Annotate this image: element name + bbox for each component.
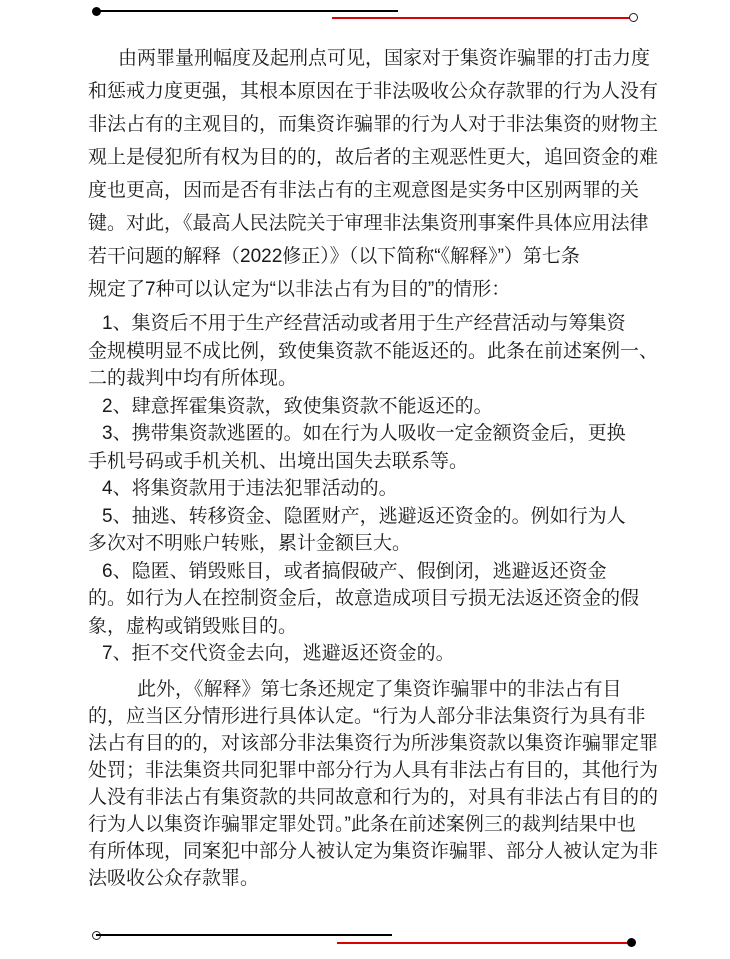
top-black-rule — [96, 10, 398, 12]
text-line: 由两罪量刑幅度及起刑点可见，国家对于集资诈骗罪的打击力度 — [88, 42, 658, 75]
text-line: 4、将集资款用于违法犯罪活动的。 — [88, 475, 658, 503]
text-line: 7、拒不交代资金去向，逃避返还资金的。 — [88, 640, 658, 668]
list-item-4: 4、将集资款用于违法犯罪活动的。 — [88, 475, 658, 503]
text-line: 多次对不明账户转账，累计金额巨大。 — [88, 530, 658, 558]
text-line: 键。对此，《最高人民法院关于审理非法集资刑事案件具体应用法律 — [88, 207, 658, 240]
text-line: 非法占有的主观目的，而集资诈骗罪的行为人对于非法集资的财物主 — [88, 108, 658, 141]
document-body: 由两罪量刑幅度及起刑点可见，国家对于集资诈骗罪的打击力度 和惩戒力度更强，其根本… — [88, 42, 658, 892]
text-line: 规定了7种可以认定为“以非法占有为目的”的情形： — [88, 273, 658, 306]
text-line: 手机号码或手机关机、出境出国失去联系等。 — [88, 448, 658, 476]
list-item-5: 5、抽逃、转移资金、隐匿财产，逃避返还资金的。例如行为人 多次对不明账户转账，累… — [88, 503, 658, 558]
text-line: 观上是侵犯所有权为目的的，故后者的主观恶性更大，追回资金的难 — [88, 141, 658, 174]
text-line: 2、肆意挥霍集资款，致使集资款不能返还的。 — [88, 393, 658, 421]
text-line: 二的裁判中均有所体现。 — [88, 365, 658, 393]
text-line: 金规模明显不成比例，致使集资款不能返还的。此条在前述案例一、 — [88, 338, 658, 366]
document-page: 由两罪量刑幅度及起刑点可见，国家对于集资诈骗罪的打击力度 和惩戒力度更强，其根本… — [0, 0, 730, 959]
bottom-red-rule — [337, 942, 629, 944]
text-line: 5、抽逃、转移资金、隐匿财产，逃避返还资金的。例如行为人 — [88, 503, 658, 531]
text-line: 行为人以集资诈骗罪定罪处罚。”此条在前述案例三的裁判结果中也 — [88, 811, 658, 838]
text-line: 人没有非法占有集资款的共同故意和行为的，对具有非法占有目的的 — [88, 784, 658, 811]
text-line: 和惩戒力度更强，其根本原因在于非法吸收公众存款罪的行为人没有 — [88, 75, 658, 108]
text-line: 的，应当区分情形进行具体认定。“行为人部分非法集资行为具有非 — [88, 703, 658, 730]
bottom-right-filled-dot — [627, 938, 636, 947]
top-right-open-circle — [629, 13, 638, 22]
text-line: 法占有目的的，对该部分非法集资行为所涉集资款以集资诈骗罪定罪 — [88, 730, 658, 757]
intro-paragraph: 由两罪量刑幅度及起刑点可见，国家对于集资诈骗罪的打击力度 和惩戒力度更强，其根本… — [88, 42, 658, 306]
text-line: 3、携带集资款逃匿的。如在行为人吸收一定金额资金后，更换 — [88, 420, 658, 448]
text-line: 有所体现，同案犯中部分人被认定为集资诈骗罪、部分人被认定为非 — [88, 838, 658, 865]
closing-paragraph: 此外，《解释》第七条还规定了集资诈骗罪中的非法占有目 的，应当区分情形进行具体认… — [88, 676, 658, 892]
text-line: 1、集资后不用于生产经营活动或者用于生产经营活动与筹集资 — [88, 310, 658, 338]
text-line: 度也更高，因而是否有非法占有的主观意图是实务中区别两罪的关 — [88, 174, 658, 207]
list-item-2: 2、肆意挥霍集资款，致使集资款不能返还的。 — [88, 393, 658, 421]
text-line: 此外，《解释》第七条还规定了集资诈骗罪中的非法占有目 — [88, 676, 658, 703]
list-item-3: 3、携带集资款逃匿的。如在行为人吸收一定金额资金后，更换 手机号码或手机关机、出… — [88, 420, 658, 475]
text-line: 6、隐匿、销毁账目，或者搞假破产、假倒闭，逃避返还资金 — [88, 558, 658, 586]
text-line: 处罚；非法集资共同犯罪中部分行为人具有非法占有目的，其他行为 — [88, 757, 658, 784]
enumerated-items: 1、集资后不用于生产经营活动或者用于生产经营活动与筹集资 金规模明显不成比例，致… — [88, 310, 658, 668]
list-item-1: 1、集资后不用于生产经营活动或者用于生产经营活动与筹集资 金规模明显不成比例，致… — [88, 310, 658, 393]
text-line: 的。如行为人在控制资金后，故意造成项目亏损无法返还资金的假 — [88, 585, 658, 613]
list-item-6: 6、隐匿、销毁账目，或者搞假破产、假倒闭，逃避返还资金 的。如行为人在控制资金后… — [88, 558, 658, 641]
text-line: 法吸收公众存款罪。 — [88, 865, 658, 892]
text-line: 若干问题的解释（2022修正）》（以下简称“《解释》”）第七条 — [88, 240, 658, 273]
top-red-rule — [332, 17, 631, 19]
text-line: 象，虚构或销毁账目的。 — [88, 613, 658, 641]
list-item-7: 7、拒不交代资金去向，逃避返还资金的。 — [88, 640, 658, 668]
bottom-black-rule — [96, 934, 392, 936]
